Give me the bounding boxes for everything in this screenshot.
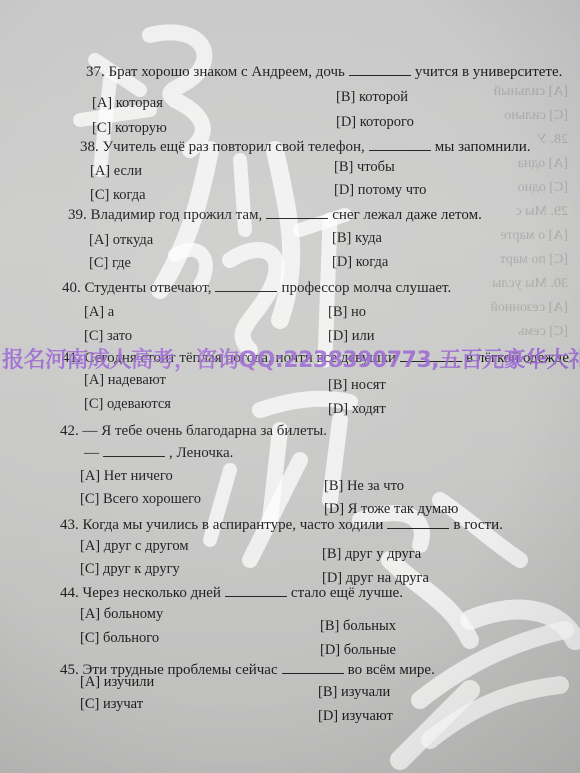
option-42-c: [C] Всего хорошего bbox=[80, 491, 201, 508]
option-44-a: [A] больному bbox=[80, 606, 163, 623]
question-39: 39. Владимир год прожил там,снег лежал д… bbox=[68, 207, 482, 224]
option-39-d: [D] когда bbox=[332, 254, 388, 271]
option-40-d: [D] или bbox=[328, 328, 375, 345]
option-37-d: [D] которого bbox=[336, 114, 414, 131]
question-41: 41. Сегодня стоит тёплая погода, почти в… bbox=[62, 350, 573, 367]
option-40-b: [B] но bbox=[328, 304, 366, 321]
option-43-c: [C] друг к другу bbox=[80, 561, 180, 578]
option-44-d: [D] больные bbox=[320, 642, 396, 659]
answer-blank bbox=[215, 290, 277, 292]
option-45-d: [D] изучают bbox=[318, 708, 393, 725]
option-43-a: [A] друг с другом bbox=[80, 538, 189, 555]
option-44-b: [B] больных bbox=[320, 618, 396, 635]
option-41-c: [C] одеваются bbox=[84, 396, 171, 413]
option-38-c: [C] когда bbox=[90, 187, 146, 204]
question-40: 40. Студенты отвечают,профессор молча сл… bbox=[62, 280, 451, 297]
question-37: 37. Брат хорошо знаком с Андреем, дочьуч… bbox=[86, 64, 562, 81]
question-43: 43. Когда мы учились в аспирантуре, част… bbox=[60, 517, 503, 534]
option-41-b: [B] носят bbox=[328, 377, 386, 394]
answer-blank bbox=[369, 149, 431, 151]
option-37-b: [B] которой bbox=[336, 89, 408, 106]
option-38-d: [D] потому что bbox=[334, 182, 426, 199]
option-43-b: [B] друг у друга bbox=[322, 546, 421, 563]
question-44: 44. Через несколько днейстало ещё лучше. bbox=[60, 585, 403, 602]
answer-blank bbox=[400, 360, 462, 362]
option-38-a: [A] если bbox=[90, 163, 142, 180]
option-37-a: [A] которая bbox=[92, 95, 163, 112]
option-42-a: [A] Нет ничего bbox=[80, 468, 173, 485]
answer-blank bbox=[103, 455, 165, 457]
option-42-b: [B] Не за что bbox=[324, 478, 404, 495]
option-38-b: [B] чтобы bbox=[334, 159, 395, 176]
option-39-c: [C] где bbox=[89, 255, 131, 272]
answer-blank bbox=[225, 595, 287, 597]
scanned-exam-page: [A] сильный [C] сильно 28. У [A] одна [C… bbox=[0, 0, 580, 773]
question-38: 38. Учитель ещё раз повторил свой телефо… bbox=[80, 139, 531, 156]
question-42-reply: —, Леночка. bbox=[84, 445, 233, 462]
question-42: 42. — Я тебе очень благодарна за билеты. bbox=[60, 423, 327, 440]
option-42-d: [D] Я тоже так думаю bbox=[324, 501, 458, 518]
option-37-c: [C] которую bbox=[92, 120, 167, 137]
option-39-a: [A] откуда bbox=[89, 232, 153, 249]
option-45-c: [C] изучат bbox=[80, 696, 143, 713]
option-45-a: [A] изучили bbox=[80, 674, 154, 691]
option-40-c: [C] зато bbox=[84, 328, 132, 345]
answer-blank bbox=[349, 74, 411, 76]
answer-blank bbox=[282, 672, 344, 674]
option-45-b: [B] изучали bbox=[318, 684, 390, 701]
option-39-b: [B] куда bbox=[332, 230, 382, 247]
option-40-a: [A] а bbox=[84, 304, 114, 321]
answer-blank bbox=[266, 217, 328, 219]
option-41-d: [D] ходят bbox=[328, 401, 386, 418]
option-41-a: [A] надевают bbox=[84, 372, 166, 389]
option-44-c: [C] больного bbox=[80, 630, 159, 647]
answer-blank bbox=[387, 527, 449, 529]
